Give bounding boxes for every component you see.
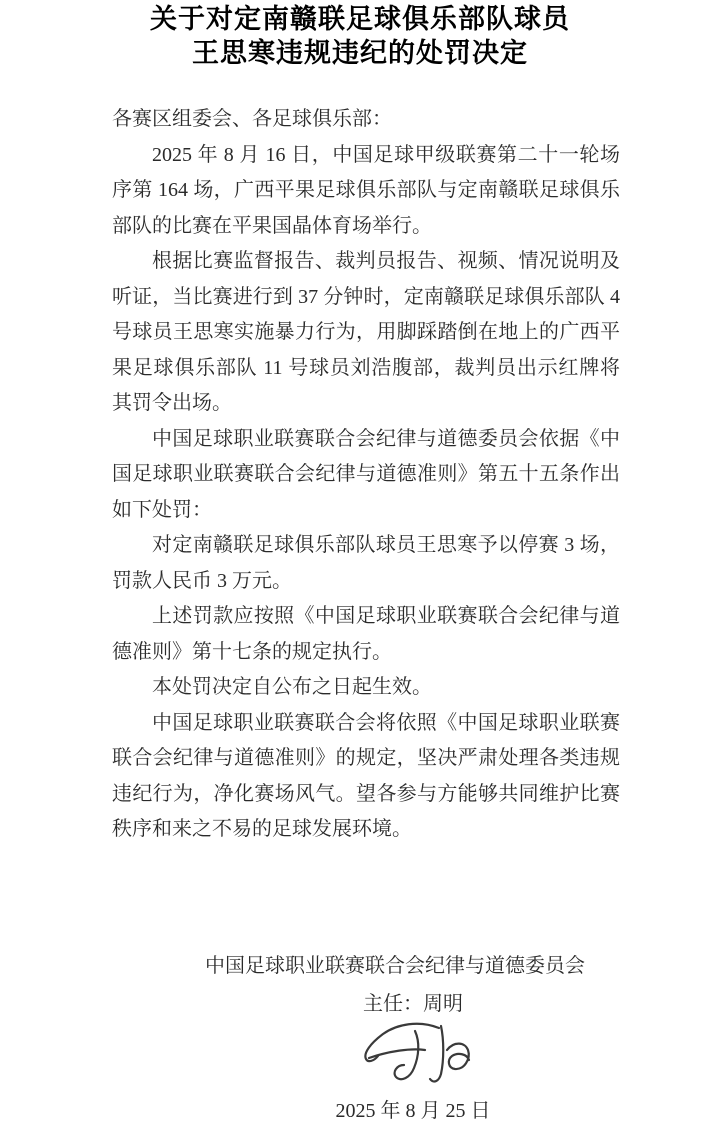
paragraph: 2025 年 8 月 16 日，中国足球甲级联赛第二十一轮场序第 164 场，广… <box>112 138 620 245</box>
document-title: 关于对定南赣联足球俱乐部队球员 王思寒违规违纪的处罚决定 <box>0 0 720 70</box>
document-footer: 中国足球职业联赛联合会纪律与道德委员会 主任：周明 2025 年 8 月 25 … <box>0 952 720 1125</box>
paragraph: 中国足球职业联赛联合会纪律与道德委员会依据《中国足球职业联赛联合会纪律与道德准则… <box>112 422 620 529</box>
title-line-1: 关于对定南赣联足球俱乐部队球员 <box>0 2 720 36</box>
paragraph: 本处罚决定自公布之日起生效。 <box>112 670 620 706</box>
signature-ink-icon <box>357 1018 477 1090</box>
document-page: 关于对定南赣联足球俱乐部队球员 王思寒违规违纪的处罚决定 各赛区组委会、各足球俱… <box>0 0 720 1138</box>
paragraph: 中国足球职业联赛联合会将依照《中国足球职业联赛联合会纪律与道德准则》的规定，坚决… <box>112 706 620 848</box>
committee-name: 中国足球职业联赛联合会纪律与道德委员会 <box>35 952 720 980</box>
paragraph: 对定南赣联足球俱乐部队球员王思寒予以停赛 3 场，罚款人民币 3 万元。 <box>112 528 620 599</box>
chairman-signature-handwritten <box>57 1018 720 1092</box>
paragraph: 上述罚款应按照《中国足球职业联赛联合会纪律与道德准则》第十七条的规定执行。 <box>112 599 620 670</box>
document-date: 2025 年 8 月 25 日 <box>53 1097 720 1125</box>
salutation: 各赛区组委会、各足球俱乐部： <box>112 102 620 138</box>
title-line-2: 王思寒违规违纪的处罚决定 <box>0 36 720 70</box>
signer-line: 主任：周明 <box>53 990 720 1018</box>
document-body: 各赛区组委会、各足球俱乐部： 2025 年 8 月 16 日，中国足球甲级联赛第… <box>0 102 720 848</box>
paragraph: 根据比赛监督报告、裁判员报告、视频、情况说明及听证，当比赛进行到 37 分钟时，… <box>112 244 620 422</box>
